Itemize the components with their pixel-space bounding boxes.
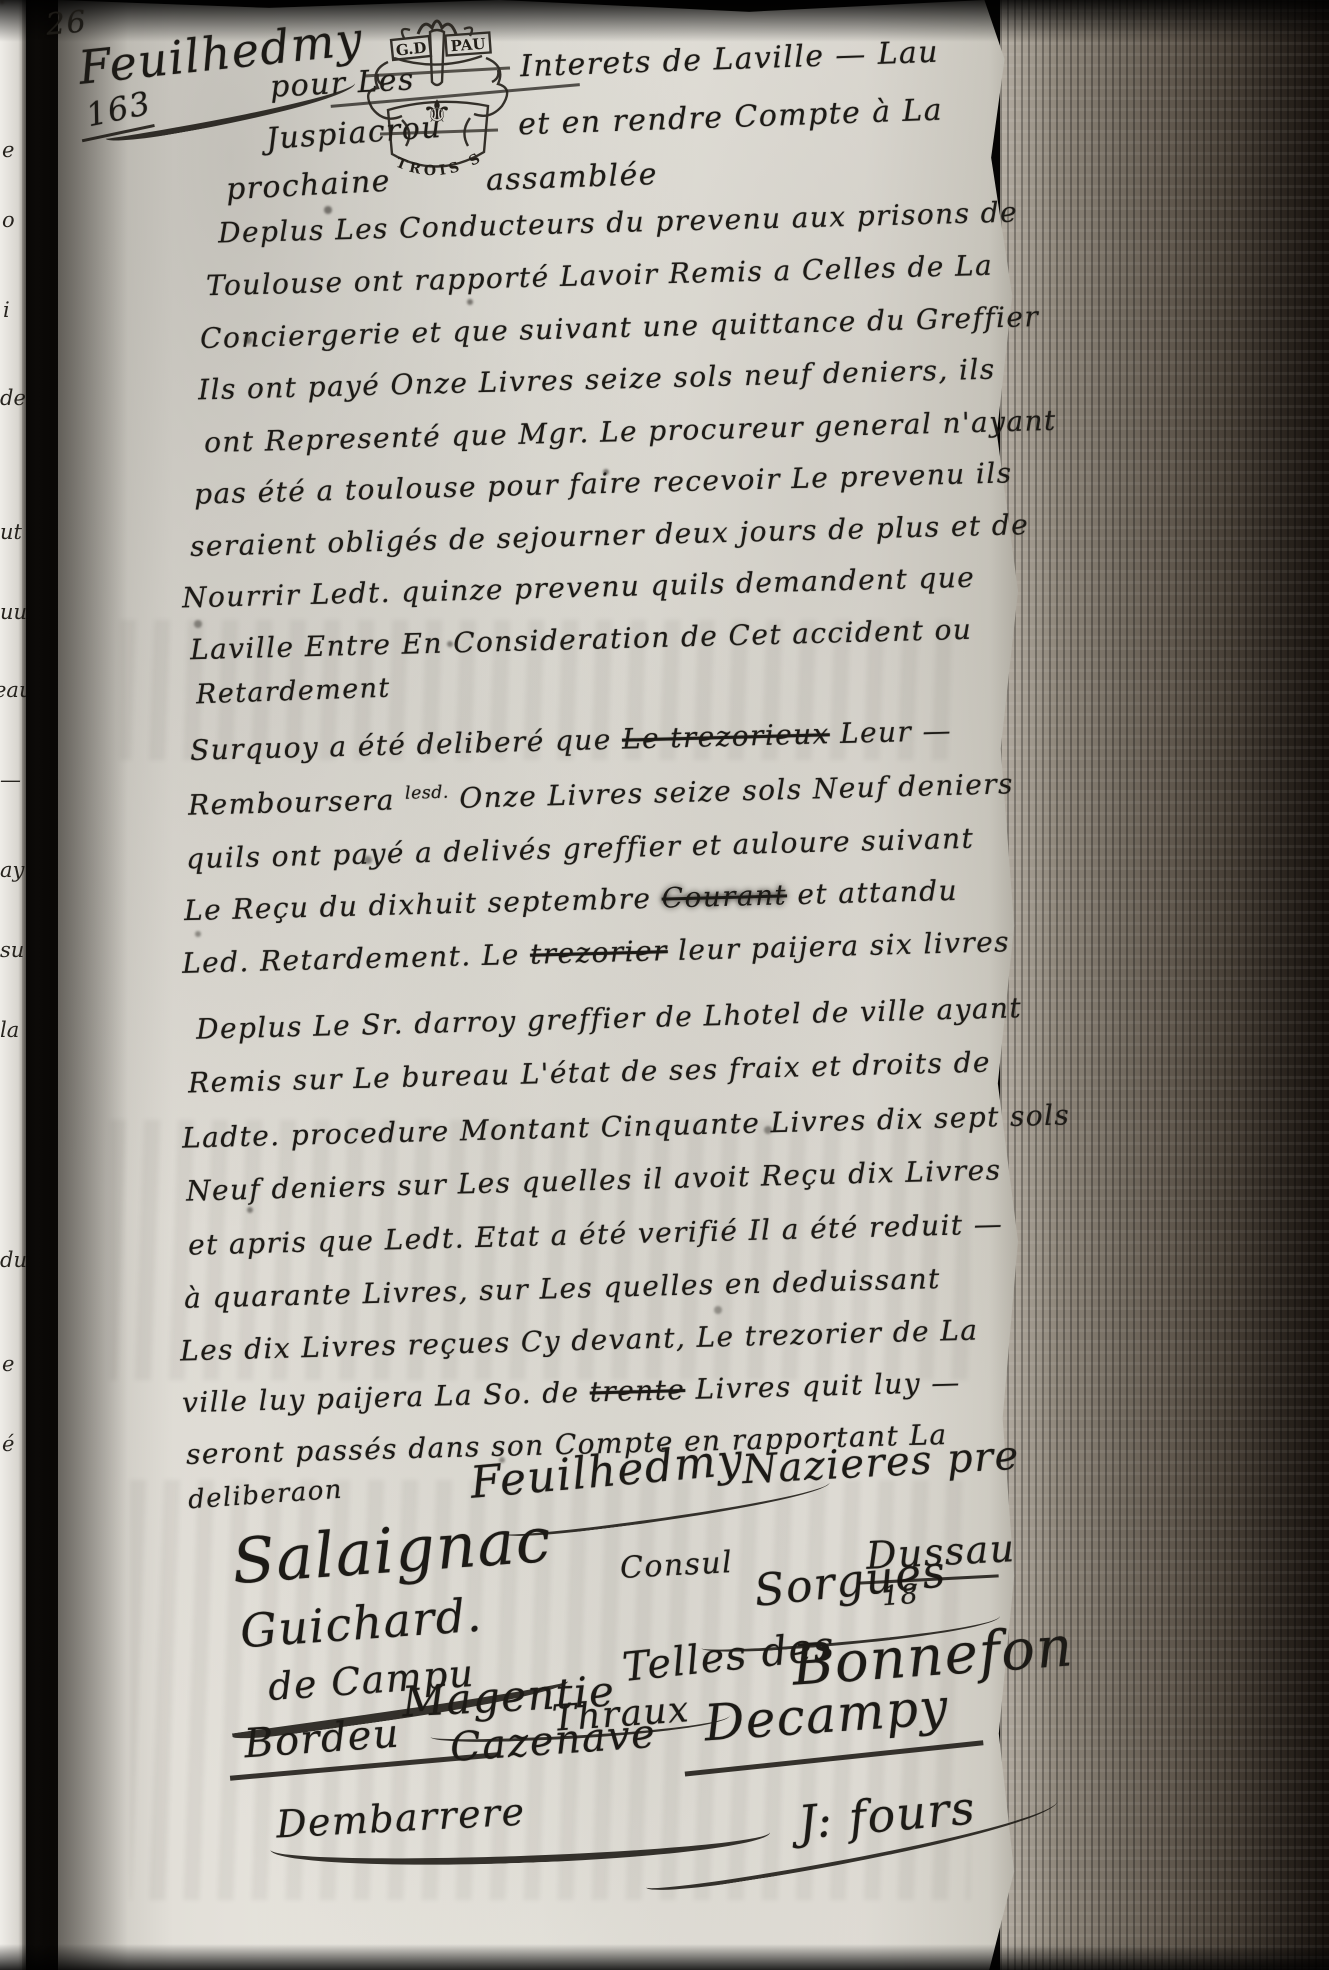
margin-fragment: la <box>0 1018 19 1042</box>
line-part: Leur — <box>829 714 952 750</box>
signature-title-consul: Consul <box>619 1545 734 1586</box>
struck-word: trente <box>589 1373 685 1408</box>
stamp-banner-left: G.D <box>395 38 427 59</box>
struck-word: trezorier <box>530 934 669 971</box>
margin-fragment: é <box>2 1432 14 1456</box>
line-part: et attandu <box>787 874 959 911</box>
stamp-banner-right: PAU <box>450 35 486 55</box>
struck-word: Courant <box>661 878 787 914</box>
margin-fragment: ut <box>0 520 22 544</box>
ink-specks <box>0 0 4 4</box>
page-number: 26 <box>45 4 89 42</box>
signature-number: 18 <box>881 1579 920 1613</box>
margin-fragment: i <box>3 298 10 322</box>
margin-fragment: su <box>0 938 24 962</box>
fiscal-stamp: G.D PAU ⚜ TROIS SOLS <box>358 12 516 190</box>
manuscript-scan: e o i de ut uu eau — ay su la du e é 26 … <box>0 0 1329 1970</box>
margin-fragment: o <box>2 208 15 232</box>
struck-word: Le trezorieux <box>622 717 831 755</box>
superscript-insertion: lesd. <box>405 783 449 804</box>
line-part: Remboursera <box>188 783 406 822</box>
margin-fragment: e <box>2 138 14 162</box>
margin-fragment: — <box>0 768 21 792</box>
margin-fragment: e <box>2 1352 14 1376</box>
fleur-de-lis-icon: ⚜ <box>422 93 452 133</box>
margin-fragment: ay <box>0 858 24 882</box>
